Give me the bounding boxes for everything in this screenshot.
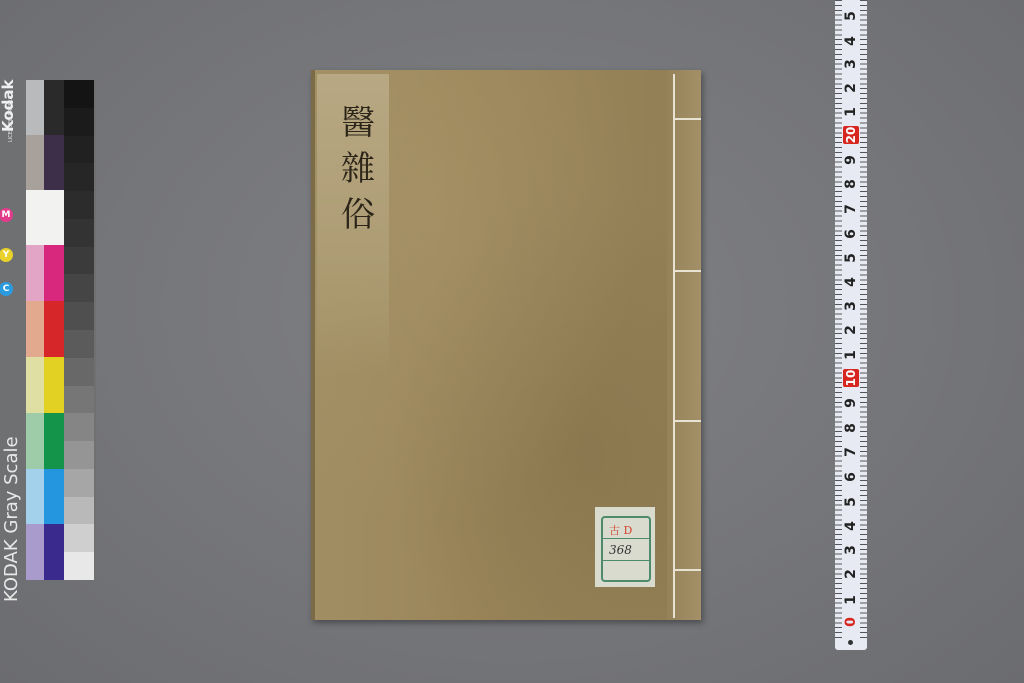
color-swatch — [44, 524, 64, 580]
label-divider — [603, 560, 649, 561]
stitch-1 — [673, 118, 701, 120]
label-call-number: 368 — [609, 543, 632, 557]
color-swatch — [64, 552, 94, 580]
stitch-4 — [673, 569, 701, 571]
color-swatch — [64, 136, 94, 164]
color-swatch — [64, 413, 94, 441]
gray-scale-label: KODAK Gray Scale — [1, 436, 22, 602]
color-swatch — [64, 386, 94, 414]
ruler-number: 6 — [843, 469, 859, 485]
book-cover: 醫雜俗 古 D 368 — [311, 70, 701, 620]
color-swatch — [26, 135, 44, 190]
ruler-number: 1 — [843, 347, 859, 363]
magenta-dot-icon: M — [0, 208, 13, 222]
ruler-number: 2 — [843, 80, 859, 96]
color-swatch — [64, 497, 94, 525]
color-swatch — [64, 441, 94, 469]
library-call-number-label: 古 D 368 — [595, 507, 655, 587]
color-swatch — [64, 163, 94, 191]
ruler-hole — [848, 640, 853, 645]
stitch-3 — [673, 420, 701, 422]
ruler-number: 7 — [843, 201, 859, 217]
tint-swatch-column — [26, 80, 44, 580]
color-swatch — [64, 274, 94, 302]
chart-label-strip: Kodak LICENSED PRODUCT M Y C KODAK Gray … — [0, 80, 20, 580]
ruler-number: 3 — [843, 56, 859, 72]
color-swatch — [26, 357, 44, 413]
ruler-number: 5 — [843, 8, 859, 24]
ruler-number: 6 — [843, 226, 859, 242]
ruler-number: 2 — [843, 566, 859, 582]
measuring-ruler: 5432120987654321109876543210 — [835, 0, 867, 650]
color-swatch — [26, 190, 44, 245]
book-title: 醫雜俗 — [335, 100, 381, 238]
color-swatch — [44, 357, 64, 413]
label-collection-mark: 古 D — [609, 522, 632, 538]
color-swatch — [26, 469, 44, 524]
color-swatch — [64, 191, 94, 219]
color-swatch — [64, 247, 94, 275]
yellow-dot-icon: Y — [0, 248, 13, 262]
color-swatch — [44, 245, 64, 301]
ruler-number: 10 — [843, 369, 859, 387]
color-swatch — [26, 524, 44, 580]
color-swatch — [64, 108, 94, 136]
color-swatch — [26, 301, 44, 357]
color-swatch — [44, 413, 64, 469]
color-swatch — [44, 80, 64, 135]
ruler-number: 5 — [843, 250, 859, 266]
color-swatch — [64, 469, 94, 497]
color-swatch — [26, 80, 44, 135]
ruler-number: 1 — [843, 104, 859, 120]
ruler-number: 9 — [843, 395, 859, 411]
color-swatch — [44, 190, 64, 245]
color-swatch — [44, 301, 64, 357]
color-swatch-column — [44, 80, 64, 580]
ruler-number: 1 — [843, 592, 859, 608]
ruler-number: 5 — [843, 494, 859, 510]
ruler-number: 8 — [843, 176, 859, 192]
ruler-number: 3 — [843, 542, 859, 558]
color-swatch — [44, 469, 64, 524]
color-swatch — [64, 358, 94, 386]
kodak-color-chart: Kodak LICENSED PRODUCT M Y C KODAK Gray … — [0, 80, 96, 580]
ruler-number: 7 — [843, 444, 859, 460]
ruler-number: 2 — [843, 322, 859, 338]
binding-thread — [673, 74, 675, 618]
color-swatch — [64, 219, 94, 247]
color-swatch — [44, 135, 64, 190]
ruler-number: 8 — [843, 420, 859, 436]
title-slip: 醫雜俗 — [317, 74, 389, 374]
ruler-number: 20 — [843, 126, 859, 144]
licensed-text: LICENSED PRODUCT — [8, 91, 14, 142]
color-swatch — [64, 302, 94, 330]
ruler-number: 3 — [843, 298, 859, 314]
gray-step-column — [64, 80, 94, 580]
color-swatch — [26, 413, 44, 469]
color-swatch — [26, 245, 44, 301]
ruler-number: 4 — [843, 33, 859, 49]
ruler-number: 0 — [843, 614, 859, 630]
book-page-edge — [311, 70, 315, 620]
ruler-number: 9 — [843, 152, 859, 168]
cyan-dot-icon: C — [0, 282, 13, 296]
ruler-number: 4 — [843, 518, 859, 534]
color-swatch — [64, 524, 94, 552]
ruler-number: 4 — [843, 274, 859, 290]
stitch-2 — [673, 270, 701, 272]
label-frame: 古 D 368 — [601, 516, 651, 582]
color-swatch — [64, 80, 94, 108]
color-swatch — [64, 330, 94, 358]
label-divider — [603, 538, 649, 539]
